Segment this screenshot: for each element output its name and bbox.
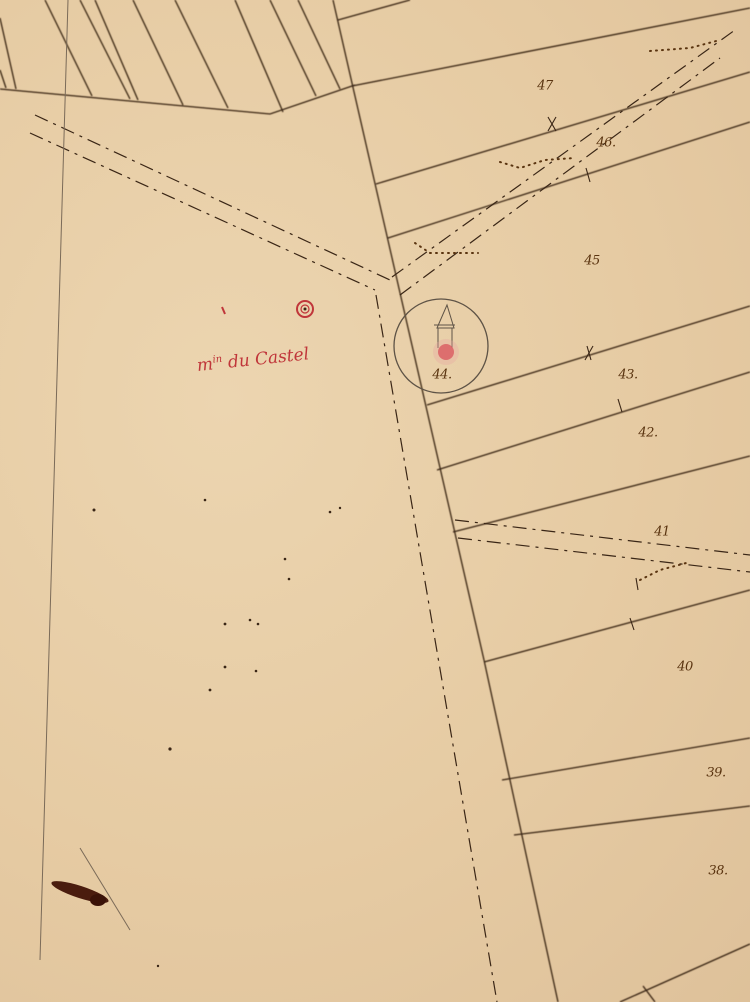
path-east [455,520,750,555]
cadastral-map: min du Castel 47 46. 45 44. 43. 42. 41 4… [0,0,750,1002]
parcel-label-45: 45 [584,254,600,269]
parcel-label-39: 39. [706,766,725,781]
place-name-superscript: in [212,354,223,366]
parcel-label-47: 47 [537,79,553,94]
map-linework [0,0,750,1002]
path-northwest [35,115,390,280]
parcel-label-38: 38. [708,864,727,879]
road-edge-west [376,295,497,1002]
road-edge-east [333,0,484,660]
parcel-label-43: 43. [618,368,637,383]
path-northeast [392,30,735,277]
parcel-label-42: 42. [638,426,657,441]
mill-symbol-icon [222,301,313,317]
parcel-label-40: 40 [677,660,693,675]
parcel-boundary-top [0,85,355,114]
parcel-label-41: 41 [654,525,670,540]
ink-blot [40,0,130,960]
parcel-label-46: 46. [596,136,615,151]
parcel-label-44: 44. [432,368,451,383]
